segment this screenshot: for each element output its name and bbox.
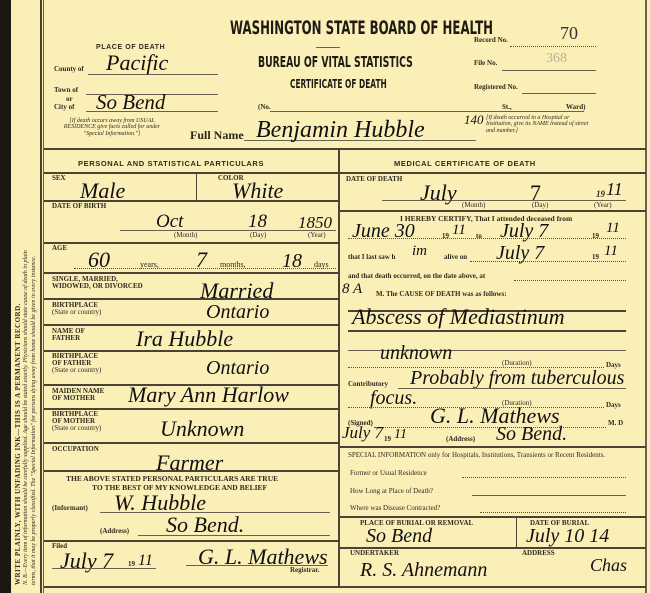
- father-birthplace-value[interactable]: Ontario: [206, 358, 269, 378]
- dod-year-caption: (Year): [594, 202, 612, 209]
- where-contracted-line: [480, 512, 626, 513]
- burial-date-value[interactable]: July 10 14: [526, 526, 609, 546]
- center-divider: [338, 148, 340, 586]
- ward-label: Ward): [566, 104, 585, 111]
- left-margin-rule: [40, 0, 42, 593]
- medical-address-value[interactable]: So Bend.: [496, 424, 567, 444]
- age-months-value[interactable]: 7: [196, 249, 207, 271]
- record-no-label: Record No.: [474, 37, 508, 44]
- age-days-value[interactable]: 18: [282, 251, 302, 271]
- dob-month-caption: (Month): [174, 232, 197, 239]
- dob-day-caption: (Day): [250, 232, 266, 239]
- dod-month-caption: (Month): [462, 202, 485, 209]
- title-board-of-health: WASHINGTON STATE BOARD OF HEALTH: [230, 17, 493, 39]
- dod-month-value[interactable]: July: [420, 182, 457, 204]
- file-no-value[interactable]: 368: [546, 52, 567, 66]
- registrar-label: Registrar.: [290, 567, 319, 574]
- sex-color-divider: [196, 172, 197, 200]
- time-value[interactable]: 8 A: [342, 282, 362, 297]
- section-bottom-rule: [44, 586, 646, 588]
- age-years-value[interactable]: 60: [88, 249, 110, 271]
- personal-heading-rule: [44, 172, 338, 174]
- burial-place-value[interactable]: So Bend: [366, 526, 432, 546]
- father-value[interactable]: Ira Hubble: [136, 328, 233, 350]
- undertaker-address-value[interactable]: Chas: [590, 556, 627, 574]
- hospital-number-value[interactable]: 140: [464, 113, 484, 126]
- registered-no-line: [522, 93, 596, 94]
- title-divider: [316, 47, 340, 48]
- sex-label: SEX: [52, 175, 66, 182]
- personal-heading: PERSONAL AND STATISTICAL PARTICULARS: [78, 159, 264, 168]
- title-vital-statistics: BUREAU OF VITAL STATISTICS: [258, 53, 413, 71]
- cause-text: M. The CAUSE OF DEATH was as follows:: [376, 291, 507, 298]
- town-label: Town of: [54, 87, 78, 94]
- filed-line: [52, 568, 156, 569]
- mother-label-2: OF MOTHER: [52, 395, 95, 402]
- occurred-text: and that death occurred, on the date abo…: [348, 273, 485, 280]
- birthplace-value[interactable]: Ontario: [206, 302, 269, 322]
- medical-address-label: (Address): [446, 436, 475, 443]
- left-margin-rule-2: [43, 0, 44, 593]
- record-no-value[interactable]: 70: [560, 24, 578, 42]
- signed-date-value[interactable]: July 7: [342, 424, 383, 441]
- years-caption: years,: [140, 261, 159, 269]
- street-no-label: (No.: [258, 104, 271, 111]
- registered-no-label: Registered No.: [474, 84, 518, 91]
- full-name-label: Full Name: [190, 128, 244, 143]
- attended-to-value[interactable]: July 7: [500, 221, 548, 241]
- cause-value[interactable]: Abscess of Mediastinum: [352, 306, 565, 328]
- former-residence-label: Former or Usual Residence: [350, 470, 427, 477]
- age-row-rule: [44, 272, 338, 274]
- burial-divider: [516, 517, 517, 547]
- attestation-line-1: THE ABOVE STATED PERSONAL PARTICULARS AR…: [66, 475, 278, 483]
- record-no-line: [510, 46, 596, 47]
- title-certificate: CERTIFICATE OF DEATH: [290, 77, 387, 91]
- street-st-label: St.,: [502, 104, 512, 111]
- informant-address-value[interactable]: So Bend.: [166, 514, 244, 536]
- undertaker-address-label: ADDRESS: [522, 550, 555, 557]
- cause-line-2: [348, 330, 626, 332]
- attended-from-year[interactable]: 11: [452, 223, 466, 238]
- county-value[interactable]: Pacific: [106, 52, 168, 74]
- months-caption: months,: [220, 261, 246, 269]
- informant-address-label: (Address): [100, 528, 129, 535]
- alive-on-label: alive on: [444, 254, 467, 261]
- occupation-label: OCCUPATION: [52, 446, 99, 453]
- birthplace-label-2: (State or country): [52, 309, 101, 316]
- dob-label: DATE OF BIRTH: [52, 203, 106, 210]
- color-value[interactable]: White: [232, 180, 283, 202]
- dod-year-value[interactable]: 11: [606, 180, 623, 198]
- signed-year-value[interactable]: 11: [394, 428, 407, 442]
- informant-label: (Informant): [52, 505, 88, 512]
- age-label: AGE: [52, 245, 67, 252]
- md-label: M. D: [608, 420, 623, 427]
- city-label: City of: [54, 104, 74, 111]
- margin-instruction-terms: terms, that it may be properly classifie…: [31, 256, 37, 585]
- medical-heading: MEDICAL CERTIFICATE OF DEATH: [394, 159, 536, 168]
- attended-from-19: 19: [442, 233, 449, 240]
- attended-line: [348, 238, 626, 239]
- medical-heading-rule: [340, 172, 646, 174]
- how-long-line: [472, 495, 626, 496]
- father-bp-label-3: (State or country): [52, 367, 101, 374]
- dob-year-value[interactable]: 1850: [298, 214, 332, 231]
- last-saw-value[interactable]: im: [412, 244, 427, 259]
- file-no-line: [502, 70, 596, 71]
- occurred-line: [514, 280, 626, 281]
- mother-bp-label-3: (State or country): [52, 425, 101, 432]
- alive-on-year[interactable]: 11: [604, 244, 618, 259]
- contributory-value-2[interactable]: focus.: [370, 388, 417, 408]
- marital-label-2: WIDOWED, OR DIVORCED: [52, 283, 143, 290]
- how-long-label: How Long at Place of Death?: [350, 488, 433, 495]
- special-info-text: SPECIAL INFORMATION only for Hospitals, …: [348, 452, 644, 459]
- dod-row-rule: [340, 210, 646, 212]
- alive-on-line: [470, 261, 626, 262]
- city-value[interactable]: So Bend: [96, 92, 165, 113]
- dob-year-caption: (Year): [308, 232, 326, 239]
- margin-instruction-nb: N. B.—Every item of information should b…: [23, 250, 29, 585]
- marital-row-rule: [44, 298, 338, 300]
- duration-value[interactable]: unknown: [380, 343, 452, 363]
- attended-to-19: 19: [592, 233, 599, 240]
- mother-value[interactable]: Mary Ann Harlow: [128, 384, 289, 406]
- attended-to-year[interactable]: 11: [606, 221, 620, 236]
- medical-address-rule: [340, 446, 646, 448]
- margin-instruction-main: WRITE PLAINLY, WITH UNFADING INK—THIS IS…: [14, 303, 22, 585]
- dod-year-prefix: 19: [596, 190, 605, 199]
- dod-line: [382, 200, 626, 201]
- sex-value[interactable]: Male: [80, 180, 125, 202]
- dob-row-rule: [44, 242, 338, 244]
- dod-day-caption: (Day): [532, 202, 548, 209]
- signed-date-19: 19: [384, 436, 391, 443]
- days-caption: days: [314, 261, 329, 269]
- undertaker-label: UNDERTAKER: [350, 550, 399, 557]
- contributory-line: [398, 388, 626, 389]
- contributory-days-label: Days: [606, 402, 621, 409]
- section-top-rule: [44, 148, 646, 150]
- dob-month-value[interactable]: Oct: [156, 212, 183, 231]
- contributory-value[interactable]: Probably from tuberculous: [410, 368, 624, 388]
- special-info-rule: [340, 516, 646, 518]
- file-no-label: File No.: [474, 60, 497, 67]
- informant-value[interactable]: W. Hubble: [114, 492, 206, 514]
- left-edge-shadow: [0, 0, 11, 593]
- alive-on-19: 19: [592, 254, 599, 261]
- last-saw-label: that I last saw h: [348, 254, 395, 261]
- mother-bp-row-rule: [44, 442, 338, 444]
- former-residence-line: [462, 477, 626, 478]
- undertaker-value[interactable]: R. S. Ahnemann: [360, 560, 487, 580]
- alive-on-value[interactable]: July 7: [496, 243, 544, 263]
- right-edge-rule: [645, 0, 647, 593]
- dob-day-value[interactable]: 18: [248, 212, 267, 231]
- hospital-note: [If death occurred in a Hospital or Inst…: [486, 115, 592, 134]
- occupation-row-rule: [44, 470, 338, 472]
- residence-note: [If death occurs away from USUAL RESIDEN…: [53, 118, 171, 137]
- to-label: to: [476, 233, 482, 240]
- mother-birthplace-value[interactable]: Unknown: [160, 418, 244, 440]
- address-row-rule: [44, 540, 338, 542]
- where-contracted-label: Where was Disease Contracted?: [350, 505, 440, 512]
- filed-year-value[interactable]: 11: [138, 553, 153, 569]
- street-line: [270, 111, 584, 112]
- dod-label: DATE OF DEATH: [346, 176, 402, 183]
- father-label-2: FATHER: [52, 335, 80, 342]
- full-name-value[interactable]: Benjamin Hubble: [256, 118, 425, 142]
- county-label: County of: [54, 66, 84, 73]
